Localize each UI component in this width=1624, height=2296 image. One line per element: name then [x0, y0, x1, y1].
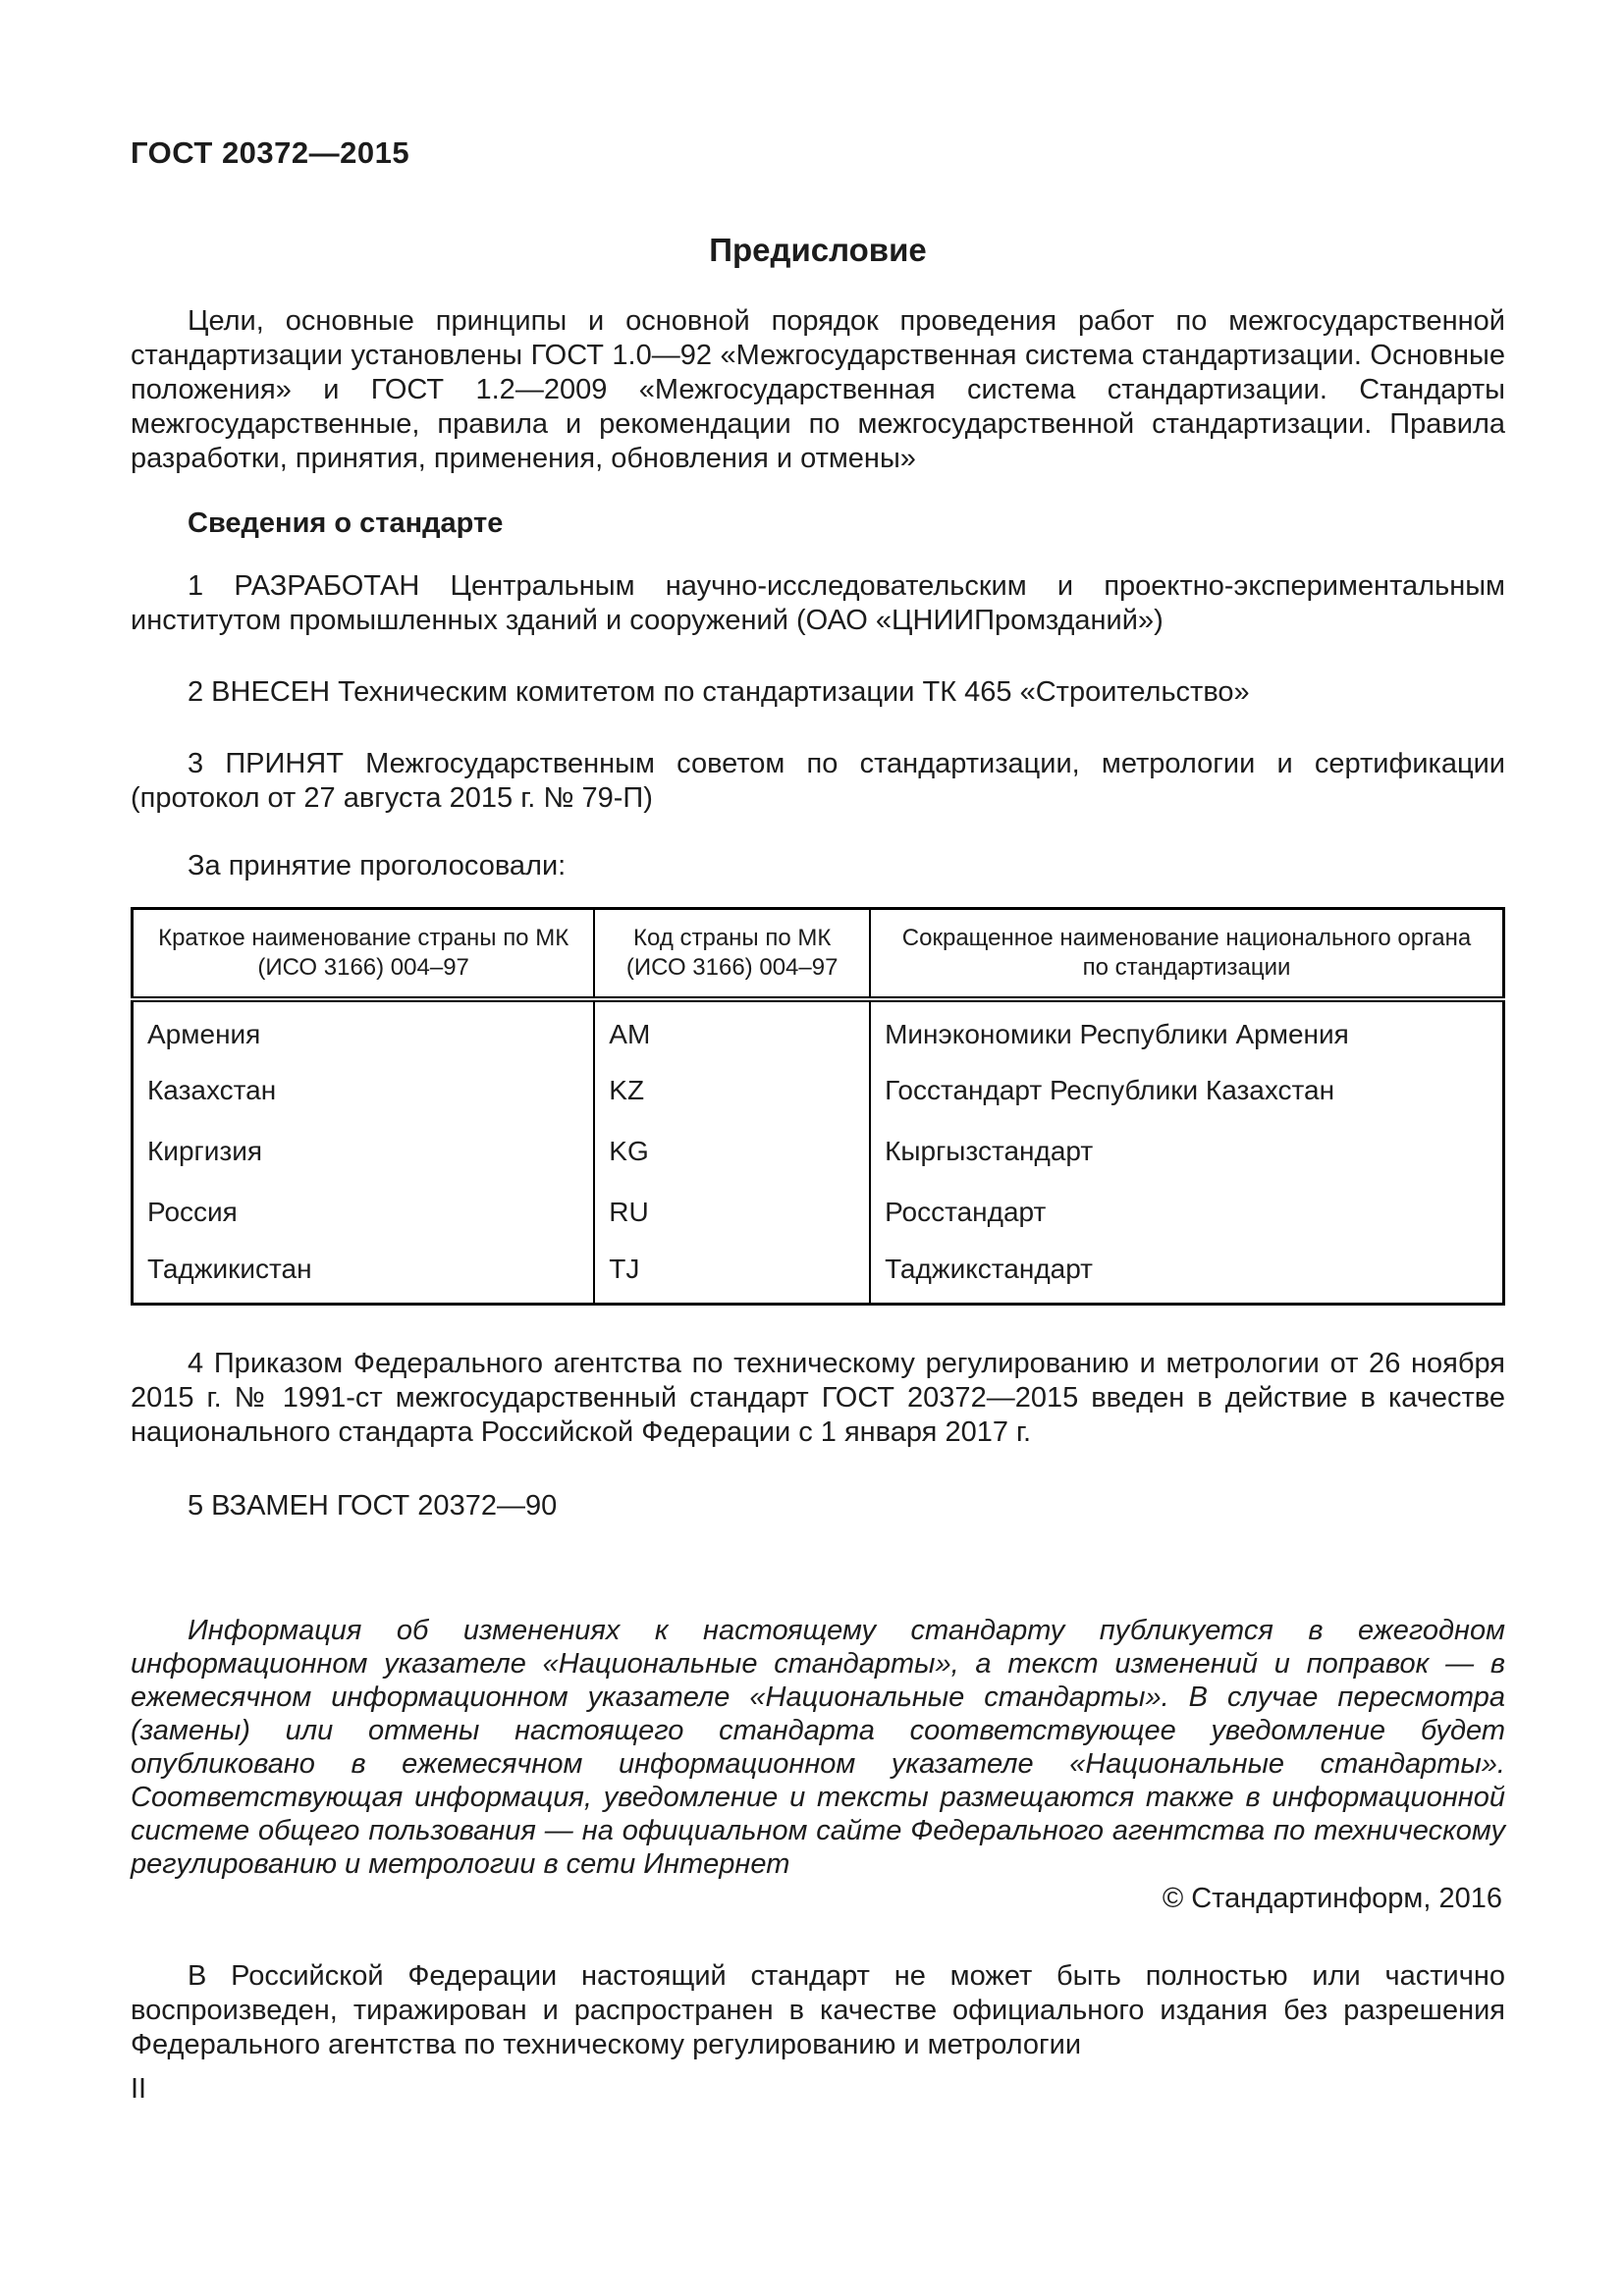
item-enacted: 4 Приказом Федерального агентства по тех…: [131, 1347, 1505, 1450]
cell-body: Минэкономики Республики Армения: [870, 999, 1503, 1060]
table-row: Россия RU Росстандарт: [133, 1182, 1504, 1243]
cell-body: Росстандарт: [870, 1182, 1503, 1243]
document-page: ГОСТ 20372—2015 Предисловие Цели, основн…: [0, 0, 1624, 2296]
page-number: II: [131, 2073, 146, 2106]
intro-paragraph: Цели, основные принципы и основной поряд…: [131, 304, 1505, 476]
cell-country: Россия: [133, 1182, 595, 1243]
cell-body: Таджикстандарт: [870, 1243, 1503, 1304]
cell-country: Казахстан: [133, 1060, 595, 1121]
item-submitted: 2 ВНЕСЕН Техническим комитетом по станда…: [131, 675, 1505, 710]
item-developed: 1 РАЗРАБОТАН Центральным научно-исследов…: [131, 569, 1505, 638]
cell-country: Таджикистан: [133, 1243, 595, 1304]
cell-body: Кыргызстандарт: [870, 1121, 1503, 1182]
header-body: Сокращенное наименование национального о…: [870, 909, 1503, 1000]
page-content: ГОСТ 20372—2015 Предисловие Цели, основн…: [131, 135, 1505, 1881]
table-row: Таджикистан TJ Таджикстандарт: [133, 1243, 1504, 1304]
header-code: Код страны по МК (ИСО 3166) 004–97: [594, 909, 870, 1000]
reproduction-note: В Российской Федерации настоящий стандар…: [131, 1959, 1505, 2062]
vote-table-header: Краткое наименование страны по МК (ИСО 3…: [133, 909, 1504, 1000]
cell-country: Армения: [133, 999, 595, 1060]
cell-code: KZ: [594, 1060, 870, 1121]
table-row: Киргизия KG Кыргызстандарт: [133, 1121, 1504, 1182]
item-replaces: 5 ВЗАМЕН ГОСТ 20372—90: [131, 1489, 1505, 1523]
cell-code: KG: [594, 1121, 870, 1182]
cell-body: Госстандарт Республики Казахстан: [870, 1060, 1503, 1121]
cell-code: TJ: [594, 1243, 870, 1304]
copyright: © Стандартинформ, 2016: [1163, 1883, 1502, 1915]
item-adopted: 3 ПРИНЯТ Межгосударственным советом по с…: [131, 747, 1505, 816]
vote-table: Краткое наименование страны по МК (ИСО 3…: [131, 907, 1505, 1306]
cell-code: AM: [594, 999, 870, 1060]
info-note: Информация об изменениях к настоящему ст…: [131, 1614, 1505, 1881]
vote-lead: За принятие проголосовали:: [131, 849, 1505, 883]
cell-country: Киргизия: [133, 1121, 595, 1182]
table-row: Казахстан KZ Госстандарт Республики Каза…: [133, 1060, 1504, 1121]
page-title: Предисловие: [131, 232, 1505, 269]
cell-code: RU: [594, 1182, 870, 1243]
standard-info-heading: Сведения о стандарте: [131, 507, 1505, 540]
doc-code: ГОСТ 20372—2015: [131, 135, 1505, 171]
header-country: Краткое наименование страны по МК (ИСО 3…: [133, 909, 595, 1000]
table-row: Армения AM Минэкономики Республики Армен…: [133, 999, 1504, 1060]
